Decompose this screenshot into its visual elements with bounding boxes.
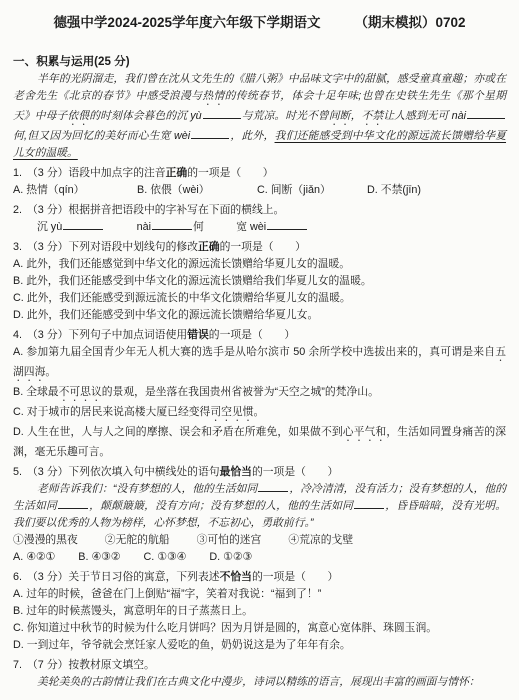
text-segment: ，颠颠簸簸，没有方向；没有梦想的人，他的生活如同	[89, 500, 353, 512]
text-segment: 的时刻体会暮色的沉 yù	[89, 110, 201, 122]
question-2: 2.（3 分）根据拼音把语段中的字补写在下面的横线上。 沉 yù nài何 宽 …	[13, 202, 506, 236]
text-segment: 的一项是（ ）	[252, 571, 338, 583]
text-segment: （7 分）按教材原文填空。	[27, 659, 155, 671]
text-segment: 间断	[329, 110, 351, 122]
question-stem-text: （3 分）根据拼音把语段中的字补写在下面的横线上。	[27, 204, 284, 216]
question-3-stem: 3.（3 分）下列对语段中划线句的修改正确的一项是（ ）	[13, 239, 506, 256]
option-a: A. 热情（qín）	[13, 182, 137, 199]
question-6: 6.（3 分）关于节日习俗的寓意，下列表述不恰当的一项是（ ） A. 过年的时候…	[13, 569, 506, 654]
text-segment: ，	[351, 110, 362, 122]
text-segment: 老师告诉我们：“没有梦想的人，他的生活如同	[37, 483, 257, 495]
option-d: D. 此外，我们还能感受到中华文化的源远流长馈赠给华夏儿女。	[13, 307, 506, 324]
question-number: 1.	[13, 167, 22, 179]
text-segment: 司空见惯	[210, 406, 253, 418]
option-b: B. 依偎（wèi）	[137, 182, 257, 199]
text-segment: （3 分）下列依次填入句中横线处的语句	[27, 466, 220, 478]
text-segment: B. 全球最	[13, 386, 59, 398]
text-segment: 依偎	[67, 110, 89, 122]
question-3: 3.（3 分）下列对语段中划线句的修改正确的一项是（ ） A. 此外，我们还能感…	[13, 239, 506, 324]
question-4-stem: 4.（3 分）下列句子中加点词语使用错误的一项是（ ）	[13, 327, 506, 344]
exam-title-row: 德强中学2024-2025学年度六年级下学期语文 （期末模拟）0702	[13, 13, 506, 33]
option-c: C. 间断（jiǎn）	[257, 182, 367, 199]
question-7-intro: 美轮美奂的古韵情让我们在古典文化中漫步，诗词以精练的语言，展现出丰富的画面与情怀…	[13, 674, 506, 691]
question-number: 2.	[13, 204, 22, 216]
question-2-stem: 2.（3 分）根据拼音把语段中的字补写在下面的横线上。	[13, 202, 506, 219]
item-2: ②无舵的航船	[105, 532, 170, 549]
question-5-answers: A. ④②① B. ④③② C. ①③④ D. ①②③	[13, 549, 506, 566]
option-b: B. 此外，我们还能感受到中华文化的源远流长馈赠给我们华夏儿女的温暖。	[13, 273, 506, 290]
text-segment: 让人感到无可 nài	[383, 110, 466, 122]
question-5-quote: 老师告诉我们：“没有梦想的人，他的生活如同，冷冷清清，没有活力；没有梦想的人，他…	[13, 481, 506, 532]
question-1-stem: 1.（3 分）语段中加点字的注音正确的一项是（ ）	[13, 165, 506, 182]
option-d: D. 一到过年，爷爷就会烹饪家人爱吃的鱼，奶奶说这是为了年年有余。	[13, 637, 506, 654]
question-number: 4.	[13, 329, 22, 341]
text-segment: 的一项是（ ）	[252, 466, 338, 478]
text-segment: 沉 yù	[37, 221, 62, 233]
question-number: 5.	[13, 466, 22, 478]
text-segment: 何 宽 wèi	[193, 221, 266, 233]
text-segment: 的景观，是坐落在我国贵州省被誉为“天空之城”的梵净山。	[102, 386, 379, 398]
text-segment: 的一项是（ ）	[187, 167, 273, 179]
text-segment: D. 人生在世，人与人之间的摩擦、误会和矛盾在所难免，如果做不到	[13, 426, 343, 438]
option-c: C. 对于城市的居民来说高楼大厦已经变得司空见惯。	[13, 404, 506, 424]
blank-line	[191, 129, 229, 139]
text-segment: （3 分）下列句子中加点词语使用	[27, 329, 187, 341]
blank-line	[467, 109, 505, 119]
question-5-stem: 5.（3 分）下列依次填入句中横线处的语句最恰当的一项是（ ）	[13, 464, 506, 481]
blank-line	[63, 220, 103, 230]
blank-line	[267, 220, 307, 230]
option-c: C. ①③④	[144, 549, 187, 566]
exam-code: （期末模拟）0702	[355, 13, 466, 33]
question-2-fill-line: 沉 yù nài何 宽 wèi	[13, 219, 506, 236]
question-stem-text: （3 分）下列对语段中划线句的修改正确的一项是（ ）	[27, 241, 306, 253]
item-3: ③可怕的迷宫	[197, 532, 262, 549]
text-segment: 心平气和	[343, 426, 387, 438]
text-segment: 错误	[187, 329, 209, 341]
text-segment: 。	[45, 366, 56, 378]
question-7: 7.（7 分）按教材原文填空。 美轮美奂的古韵情让我们在古典文化中漫步，诗词以精…	[13, 657, 506, 691]
option-a: A. 过年的时候，爸爸在门上倒贴“福”字，笑着对我说：“福到了！”	[13, 586, 506, 603]
question-stem-text: （3 分）下列句子中加点词语使用错误的一项是（ ）	[27, 329, 295, 341]
text-segment: 不禁	[361, 110, 383, 122]
option-c: C. 你知道过中秋节的时候为什么吃月饼吗？因为月饼是圆的，寓意心宽体胖、珠圆玉润…	[13, 620, 506, 637]
section-heading: 一、积累与运用(25 分)	[13, 53, 506, 71]
text-segment: 不恰当	[220, 571, 252, 583]
blank-line	[58, 499, 88, 509]
blank-line	[354, 499, 384, 509]
question-number: 6.	[13, 571, 22, 583]
item-4: ④荒凉的戈壁	[288, 532, 353, 549]
text-segment: 。	[254, 406, 265, 418]
option-b: B. ④③②	[78, 549, 120, 566]
question-4: 4.（3 分）下列句子中加点词语使用错误的一项是（ ） A. 参加第九届全国青少…	[13, 327, 506, 461]
text-segment: 何,但又因为回忆的美好而心生宽 wèi	[13, 130, 190, 142]
blank-line	[152, 220, 192, 230]
text-segment: 与荒凉。时光不曾	[242, 110, 329, 122]
exam-title: 德强中学2024-2025学年度六年级下学期语文	[53, 13, 320, 33]
text-segment: ，此外，	[230, 130, 274, 142]
question-number: 3.	[13, 241, 22, 253]
intro-passage: 半年的光阴溜走，我们曾在沈从文先生的《腊八粥》中品味文字中的甜腻，感受童真童趣；…	[13, 71, 506, 162]
question-6-stem: 6.（3 分）关于节日习俗的寓意，下列表述不恰当的一项是（ ）	[13, 569, 506, 586]
text-segment: 热情	[202, 90, 224, 102]
question-1-options: A. 热情（qín） B. 依偎（wèi） C. 间断（jiǎn） D. 不禁(…	[13, 182, 506, 199]
blank-line	[203, 109, 241, 119]
question-stem-text: （3 分）语段中加点字的注音正确的一项是（ ）	[27, 167, 274, 179]
exam-document-page: 德强中学2024-2025学年度六年级下学期语文 （期末模拟）0702 一、积累…	[0, 0, 519, 691]
text-segment: 的一项是（ ）	[220, 241, 306, 253]
text-segment: （3 分）关于节日习俗的寓意，下列表述	[27, 571, 220, 583]
option-a: A. 此外，我们还能感觉到中华文化的源远流长馈赠给华夏儿女的温暖。	[13, 256, 506, 273]
text-segment: 不可思议	[59, 386, 102, 398]
text-segment: A. 参加第九届全国青少年无人机大赛的选手是从哈尔滨市 50 余所学校中选拔出来…	[13, 346, 495, 358]
question-1: 1.（3 分）语段中加点字的注音正确的一项是（ ） A. 热情（qín） B. …	[13, 165, 506, 199]
text-segment: （3 分）根据拼音把语段中的字补写在下面的横线上。	[27, 204, 284, 216]
option-d: D. 不禁(jīn)	[367, 182, 421, 199]
question-number: 7.	[13, 659, 22, 671]
option-d: D. ①②③	[209, 549, 252, 566]
option-b: B. 全球最不可思议的景观，是坐落在我国贵州省被誉为“天空之城”的梵净山。	[13, 384, 506, 404]
option-d: D. 人生在世，人与人之间的摩擦、误会和矛盾在所难免，如果做不到心平气和，生活如…	[13, 424, 506, 461]
item-1: ①漫漫的黑夜	[13, 532, 78, 549]
text-segment: 的一项是（ ）	[209, 329, 295, 341]
question-7-stem: 7.（7 分）按教材原文填空。	[13, 657, 506, 674]
option-a: A. 参加第九届全国青少年无人机大赛的选手是从哈尔滨市 50 余所学校中选拔出来…	[13, 344, 506, 384]
text-segment: 正确	[198, 241, 220, 253]
text-segment: nài	[104, 221, 151, 233]
option-b: B. 过年的时候蒸馒头，寓意明年的日子蒸蒸日上。	[13, 603, 506, 620]
text-segment: C. 对于城市的居民来说高楼大厦已经变得	[13, 406, 210, 418]
text-segment: 最恰当	[220, 466, 252, 478]
question-stem-text: （3 分）下列依次填入句中横线处的语句最恰当的一项是（ ）	[27, 466, 338, 478]
text-segment: 正确	[166, 167, 188, 179]
question-stem-text: （3 分）关于节日习俗的寓意，下列表述不恰当的一项是（ ）	[27, 571, 338, 583]
question-5: 5.（3 分）下列依次填入句中横线处的语句最恰当的一项是（ ） 老师告诉我们：“…	[13, 464, 506, 566]
option-a: A. ④②①	[13, 549, 55, 566]
text-segment: （3 分）下列对语段中划线句的修改	[27, 241, 198, 253]
option-c: C. 此外，我们还能感受到源远流长的中华文化馈赠给华夏儿女的温暖。	[13, 290, 506, 307]
blank-line	[258, 482, 288, 492]
question-stem-text: （7 分）按教材原文填空。	[27, 659, 155, 671]
question-5-items: ①漫漫的黑夜 ②无舵的航船 ③可怕的迷宫 ④荒凉的戈壁	[13, 532, 506, 549]
text-segment: （3 分）语段中加点字的注音	[27, 167, 166, 179]
